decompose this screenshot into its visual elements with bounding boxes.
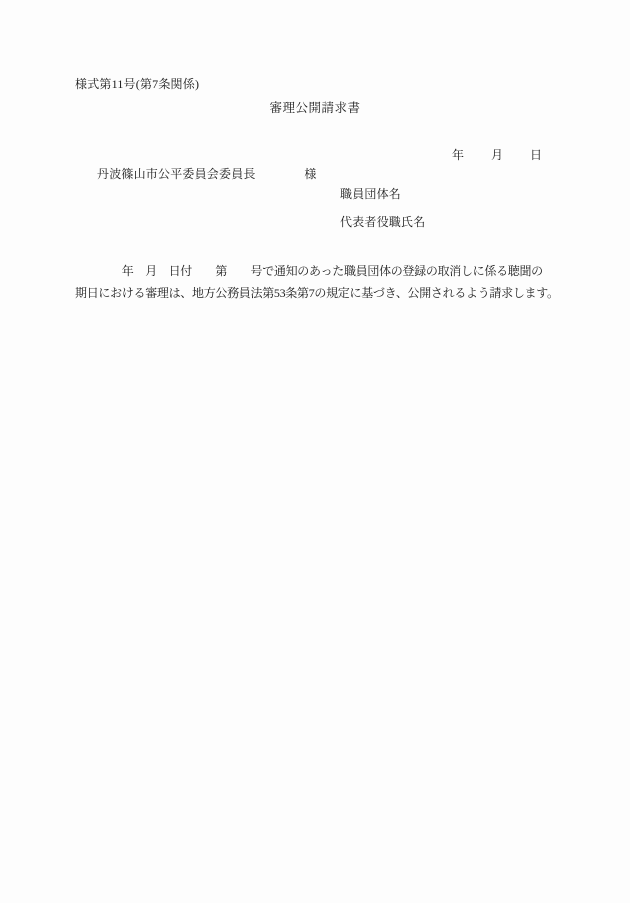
document-page: 様式第11号(第7条関係) 審理公開請求書 年 月 日 丹波篠山市公平委員会委員… <box>0 0 630 903</box>
addressee-line: 丹波篠山市公平委員会委員長 様 <box>97 166 317 182</box>
body-paragraph: 年 月 日付 第 号で通知のあった職員団体の登録の取消しに係る聴聞の 期日におけ… <box>75 260 559 304</box>
body-paragraph-line-2: 期日における審理は、地方公務員法第53条第7の規定に基づき、公開されるよう請求し… <box>75 282 559 304</box>
date-blank-line: 年 月 日 <box>452 147 543 163</box>
representative-name-label: 代表者役職氏名 <box>340 214 425 230</box>
document-title: 審理公開請求書 <box>0 100 630 116</box>
organization-name-label: 職員団体名 <box>340 186 401 202</box>
form-number-label: 様式第11号(第7条関係) <box>75 76 199 92</box>
body-paragraph-line-1: 年 月 日付 第 号で通知のあった職員団体の登録の取消しに係る聴聞の <box>75 260 559 282</box>
